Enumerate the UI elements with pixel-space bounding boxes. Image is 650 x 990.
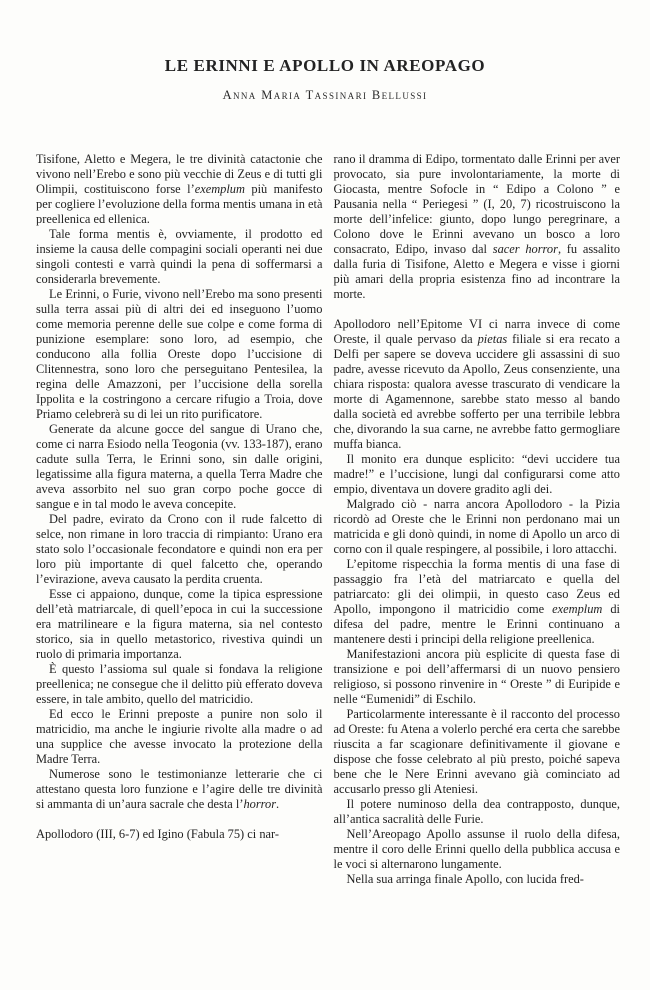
right-column: rano il dramma di Edipo, tormentato dall…	[334, 152, 621, 887]
text-segment: Le Erinni, o Furie, vivono nell’Erebo ma…	[36, 287, 323, 421]
italic-text-segment: sacer horror	[493, 242, 558, 256]
paragraph: Del padre, evirato da Crono con il rude …	[36, 512, 323, 587]
paragraph: Apollodoro nell’Epitome VI ci narra inve…	[334, 317, 621, 452]
text-columns: Tisifone, Aletto e Megera, le tre divini…	[0, 152, 650, 887]
text-segment: Malgrado ciò - narra ancora Apollodoro -…	[334, 497, 621, 556]
italic-text-segment: horror	[243, 797, 276, 811]
italic-text-segment: pietas	[478, 332, 508, 346]
text-segment: Tale forma mentis è, ovviamente, il prod…	[36, 227, 323, 286]
text-segment: Particolarmente interessante è il raccon…	[334, 707, 621, 796]
paragraph: Generate da alcune gocce del sangue di U…	[36, 422, 323, 512]
text-segment: Del padre, evirato da Crono con il rude …	[36, 512, 323, 586]
text-segment: È questo l’assioma sul quale si fondava …	[36, 662, 323, 706]
paragraph: Numerose sono le testimonianze letterari…	[36, 767, 323, 812]
text-segment: Il potere numinoso della dea contrappost…	[334, 797, 621, 826]
paragraph: Tisifone, Aletto e Megera, le tre divini…	[36, 152, 323, 227]
text-segment: Nell’Areopago Apollo assunse il ruolo de…	[334, 827, 621, 871]
text-segment: Nella sua arringa finale Apollo, con luc…	[347, 872, 584, 886]
paragraph: Il potere numinoso della dea contrappost…	[334, 797, 621, 827]
paragraph: Particolarmente interessante è il raccon…	[334, 707, 621, 797]
paragraph: Apollodoro (III, 6-7) ed Igino (Fabula 7…	[36, 827, 323, 842]
text-segment: .	[276, 797, 279, 811]
italic-text-segment: exemplum	[552, 602, 602, 616]
paragraph: L’epitome rispecchia la forma mentis di …	[334, 557, 621, 647]
paragraph: Nell’Areopago Apollo assunse il ruolo de…	[334, 827, 621, 872]
paragraph: Malgrado ciò - narra ancora Apollodoro -…	[334, 497, 621, 557]
text-segment: filiale si era recato a Delfi per sapere…	[334, 332, 621, 451]
paragraph: È questo l’assioma sul quale si fondava …	[36, 662, 323, 707]
text-segment: Ed ecco le Erinni preposte a punire non …	[36, 707, 323, 766]
paragraph: Nella sua arringa finale Apollo, con luc…	[334, 872, 621, 887]
paragraph: Il monito era dunque esplicito: “devi uc…	[334, 452, 621, 497]
left-column: Tisifone, Aletto e Megera, le tre divini…	[36, 152, 323, 887]
text-segment: Numerose sono le testimonianze letterari…	[36, 767, 323, 811]
italic-text-segment: exemplum	[195, 182, 245, 196]
text-segment: Manifestazioni ancora più esplicite di q…	[334, 647, 621, 706]
text-segment: Apollodoro (III, 6-7) ed Igino (Fabula 7…	[36, 827, 279, 841]
document-page: LE ERINNI E APOLLO IN AREOPAGO Anna Mari…	[0, 0, 650, 990]
text-segment: rano il dramma di Edipo, tormentato dall…	[334, 152, 621, 256]
paragraph: Tale forma mentis è, ovviamente, il prod…	[36, 227, 323, 287]
page-title: LE ERINNI E APOLLO IN AREOPAGO	[0, 56, 650, 75]
paragraph: rano il dramma di Edipo, tormentato dall…	[334, 152, 621, 302]
text-segment: Generate da alcune gocce del sangue di U…	[36, 422, 323, 511]
paragraph: Esse ci appaiono, dunque, come la tipica…	[36, 587, 323, 662]
text-segment: Esse ci appaiono, dunque, come la tipica…	[36, 587, 323, 661]
paragraph: Manifestazioni ancora più esplicite di q…	[334, 647, 621, 707]
text-segment: Il monito era dunque esplicito: “devi uc…	[334, 452, 621, 496]
paragraph: Ed ecco le Erinni preposte a punire non …	[36, 707, 323, 767]
author-byline: Anna Maria Tassinari Bellussi	[0, 88, 650, 103]
paragraph: Le Erinni, o Furie, vivono nell’Erebo ma…	[36, 287, 323, 422]
